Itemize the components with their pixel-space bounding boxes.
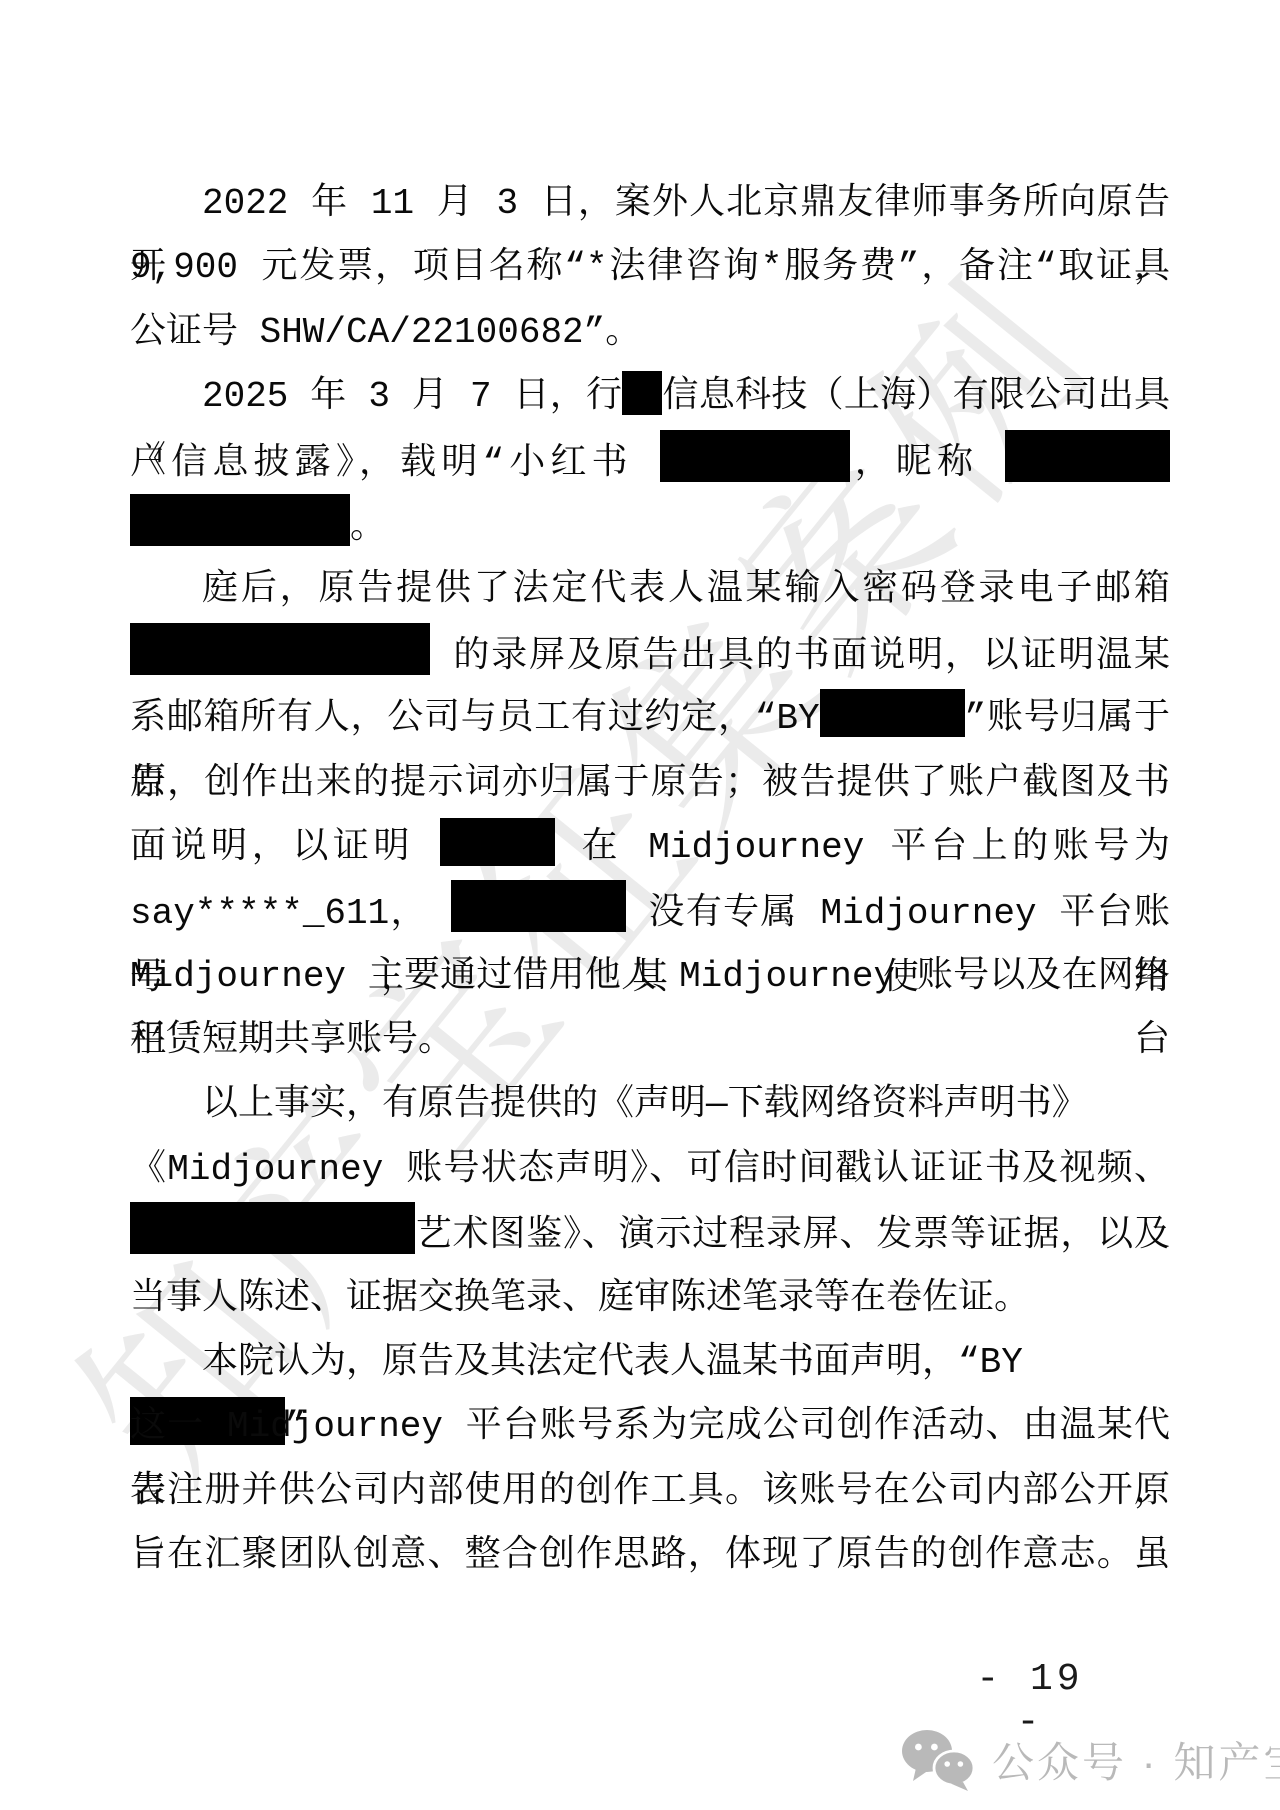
text-segment: 本院认为，原告及其法定代表人温某书面声明，“BY [202,1342,1023,1383]
redaction-box [622,371,662,415]
redaction-box [130,494,350,546]
wechat-icon [900,1728,976,1792]
text-segment: 面说明，以证明 [130,827,440,868]
redaction-box [130,623,430,675]
text-segment: 告，创作出来的提示词亦归属于原告；被告提供了账户截图及书 [130,763,1170,804]
text-segment: 艺术图鉴》、演示过程录屏、发票等证据，以及 [415,1215,1170,1256]
document-line: Midjourney 主要通过借用他人 Midjourney 账号以及在网络平台 [130,945,1170,1009]
redaction-box [1005,430,1170,482]
document-line: 以上事实，有原告提供的《声明—下载网络资料声明书》 [130,1073,1170,1137]
document-body: 2022 年 11 月 3 日，案外人北京鼎友律师事务所向原告开具9,900 元… [130,172,1170,1589]
text-segment: 户信息披露》，载明“小红书 [130,443,660,484]
document-line: 面说明，以证明 在 Midjourney 平台上的账号为 [130,816,1170,880]
redaction-box [660,430,850,482]
text-segment: 以上事实，有原告提供的《声明—下载网络资料声明书》 [202,1084,1088,1125]
text-segment: 公证号 SHW/CA/22100682”。 [130,312,641,353]
document-line: say*****_611， 没有专属 Midjourney 平台账号，其使用 [130,880,1170,944]
document-line: 户信息披露》，载明“小红书 ，昵称 [130,430,1170,494]
document-line: 旨在汇聚团队创意、整合创作思路，体现了原告的创作意志。虽 [130,1524,1170,1588]
document-page: 知产宝征集案例 2022 年 11 月 3 日，案外人北京鼎友律师事务所向原告开… [0,0,1280,1810]
text-segment: 在 Midjourney 平台上的账号为 [555,827,1170,868]
text-segment: ，昵称 [850,443,1005,484]
document-line: 。 [130,494,1170,558]
document-line: 当事人陈述、证据交换笔录、庭审陈述笔录等在卷佐证。 [130,1267,1170,1331]
redaction-box [440,818,555,866]
document-line: 的录屏及原告出具的书面说明，以证明温某 [130,623,1170,687]
document-line: 本院认为，原告及其法定代表人温某书面声明，“BY” [130,1331,1170,1395]
document-line: 系邮箱所有人，公司与员工有过约定，“BY”账号归属于原 [130,687,1170,751]
document-line: 告注册并供公司内部使用的创作工具。该账号在公司内部公开， [130,1460,1170,1524]
text-segment: 的录屏及原告出具的书面说明，以证明温某 [430,636,1170,677]
text-segment: 当事人陈述、证据交换笔录、庭审陈述笔录等在卷佐证。 [130,1278,1030,1319]
document-line: 这一 Midjourney 平台账号系为完成公司创作活动、由温某代表原 [130,1395,1170,1459]
document-line: 公证号 SHW/CA/22100682”。 [130,301,1170,365]
footer-label: 公众号 · 知产宝 [992,1730,1280,1790]
text-segment: 《Midjourney 账号状态声明》、可信时间戳认证证书及视频、 [130,1149,1170,1190]
text-segment: say*****_611， [130,893,451,934]
footer: 公众号 · 知产宝 [900,1728,1280,1792]
document-line: 2022 年 11 月 3 日，案外人北京鼎友律师事务所向原告开具 [130,172,1170,236]
text-segment: 旨在汇聚团队创意、整合创作思路，体现了原告的创作意志。虽 [130,1535,1170,1576]
text-segment: 租赁短期共享账号。 [130,1020,454,1061]
text-segment: 系邮箱所有人，公司与员工有过约定，“BY [130,698,820,739]
text-segment: 。 [350,507,386,548]
document-line: 9,900 元发票，项目名称“*法律咨询*服务费”，备注“取证， [130,236,1170,300]
text-segment: 告注册并供公司内部使用的创作工具。该账号在公司内部公开， [130,1471,1170,1512]
text-segment: 9,900 元发票，项目名称“*法律咨询*服务费”，备注“取证， [130,247,1170,288]
document-line: 《Midjourney 账号状态声明》、可信时间戳认证证书及视频、 [130,1138,1170,1202]
document-line: 艺术图鉴》、演示过程录屏、发票等证据，以及 [130,1202,1170,1266]
redaction-box [451,880,626,932]
redaction-box [820,689,965,737]
document-line: 庭后，原告提供了法定代表人温某输入密码登录电子邮箱 [130,558,1170,622]
text-segment: 庭后，原告提供了法定代表人温某输入密码登录电子邮箱 [202,569,1170,610]
document-line: 告，创作出来的提示词亦归属于原告；被告提供了账户截图及书 [130,752,1170,816]
redaction-box [130,1202,415,1254]
document-line: 2025 年 3 月 7 日，行信息科技（上海）有限公司出具《用 [130,365,1170,429]
text-segment: 2025 年 3 月 7 日，行 [202,376,622,417]
